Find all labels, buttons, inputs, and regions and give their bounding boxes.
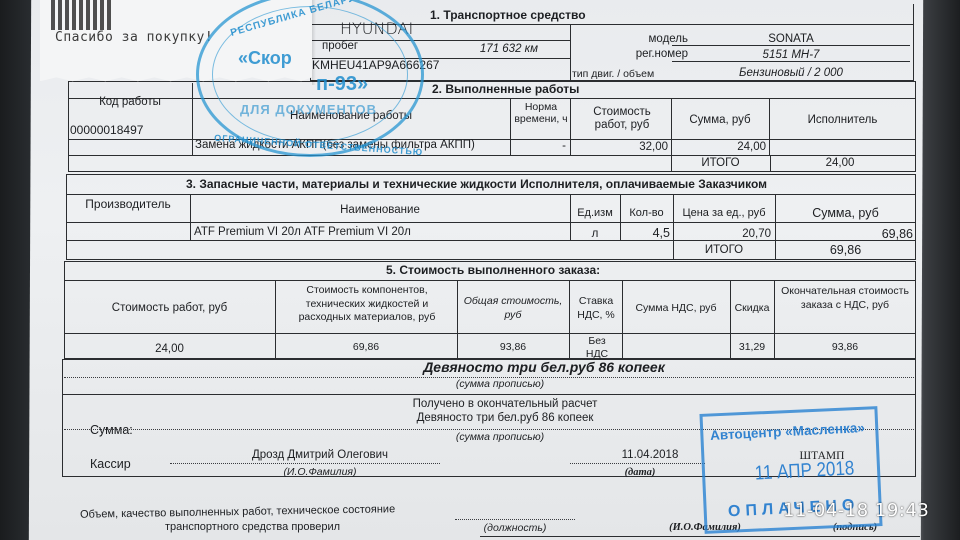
col-header-components-cost: Стоимость компонентов, технических жидко… — [282, 284, 452, 325]
col-header-work-code: Код работы — [68, 96, 192, 109]
cashier-name: Дрозд Дмитрий Олегович — [200, 449, 440, 462]
amount-words-caption: (сумма прописью) — [400, 378, 600, 390]
col-header-time-norm: Норма времени, ч — [512, 101, 570, 125]
col-header-vat-rate: Ставка НДС, % — [571, 295, 621, 322]
col-header-sum: Сумма, руб — [671, 114, 769, 127]
seal-sub-text: ДЛЯ ДОКУМЕНТОВ — [240, 102, 377, 117]
receipt-thanks-text: Спасибо за покупку! — [55, 30, 213, 45]
section2-total-label: ИТОГО — [671, 157, 770, 170]
cashier-label: Кассир — [90, 457, 131, 471]
col-header-works-cost: Стоимость работ, руб — [64, 302, 275, 315]
section3-total-value: 69,86 — [775, 243, 916, 257]
engine-value: Бензиновый / 2 000 — [672, 67, 910, 80]
final-cost-value: 93,86 — [774, 341, 916, 353]
section3-total-label: ИТОГО — [673, 244, 775, 257]
date-caption: (дата) — [610, 467, 670, 479]
col-header-work-cost: Стоимость работ, руб — [582, 106, 662, 132]
section2-title: 2. Выполненные работы — [432, 83, 579, 97]
col-header-item-sum: Сумма, руб — [775, 206, 916, 220]
position-caption: (должность) — [470, 522, 560, 534]
col-header-executor: Исполнитель — [769, 114, 916, 127]
mileage-value: 171 632 км — [420, 43, 538, 56]
reg-number-value: 5151 MH-7 — [672, 49, 910, 62]
time-norm-cell: - — [512, 140, 566, 153]
vat-rate-value: Без НДС — [585, 335, 609, 361]
inspection-line2: транспортного средства проверил — [165, 521, 340, 534]
col-header-qty: Кол-во — [620, 207, 673, 220]
col-header-vat-sum: Сумма НДС, руб — [622, 302, 730, 314]
item-qty-cell: 4,5 — [620, 226, 670, 240]
works-cost-value: 24,00 — [64, 343, 275, 356]
work-code-cell: 00000018497 — [70, 124, 143, 138]
sum-cell: 24,00 — [672, 141, 766, 154]
section3-title: 3. Запасные части, материалы и техническ… — [186, 178, 767, 192]
total-cost-value: 93,86 — [457, 341, 569, 353]
item-name-cell: ATF Premium VI 20л ATF Premium VI 20л — [194, 226, 411, 239]
col-header-total-cost: Общая стоимость, руб — [462, 295, 564, 322]
cashier-name-caption: (И.О.Фамилия) — [260, 466, 380, 478]
work-cost-cell: 32,00 — [572, 141, 668, 154]
section1-title: 1. Транспортное средство — [430, 9, 586, 23]
sum-words-caption: (сумма прописью) — [400, 431, 600, 443]
amount-in-words: Девяносто три бел.руб 86 копеек — [62, 359, 916, 375]
seal-name-left: «Скор — [238, 48, 292, 69]
discount-value: 31,29 — [730, 341, 774, 353]
col-header-unit-price: Цена за ед., руб — [673, 207, 775, 220]
col-header-discount: Скидка — [730, 302, 774, 314]
sum-label: Сумма: — [90, 423, 133, 437]
sum-in-words: Девяносто три бел.руб 86 копеек — [330, 412, 680, 425]
col-header-item-name: Наименование — [190, 204, 570, 217]
inspection-line1: Объем, качество выполненных работ, техни… — [80, 503, 395, 521]
qr-code-icon — [51, 0, 113, 30]
col-header-unit: Ед.изм — [570, 207, 620, 220]
model-value: SONATA — [672, 33, 910, 46]
components-cost-value: 69,86 — [275, 341, 457, 353]
col-header-final-cost: Окончательная стоимость заказа с НДС, ру… — [776, 285, 914, 312]
seal-name-right: п-93» — [316, 73, 368, 96]
col-header-manufacturer: Производитель — [66, 198, 190, 212]
payment-date: 11.04.2018 — [600, 449, 700, 462]
invoice-document: 1. Транспортное средство HYUNDAI пробег … — [0, 0, 960, 540]
section2-total-value: 24,00 — [770, 157, 910, 170]
engine-label: тип двиг. / объем — [572, 68, 654, 80]
section5-title: 5. Стоимость выполненного заказа: — [386, 264, 600, 278]
received-label: Получено в окончательный расчет — [330, 398, 680, 411]
photo-timestamp: 11-04-18 19:43 — [783, 500, 929, 521]
